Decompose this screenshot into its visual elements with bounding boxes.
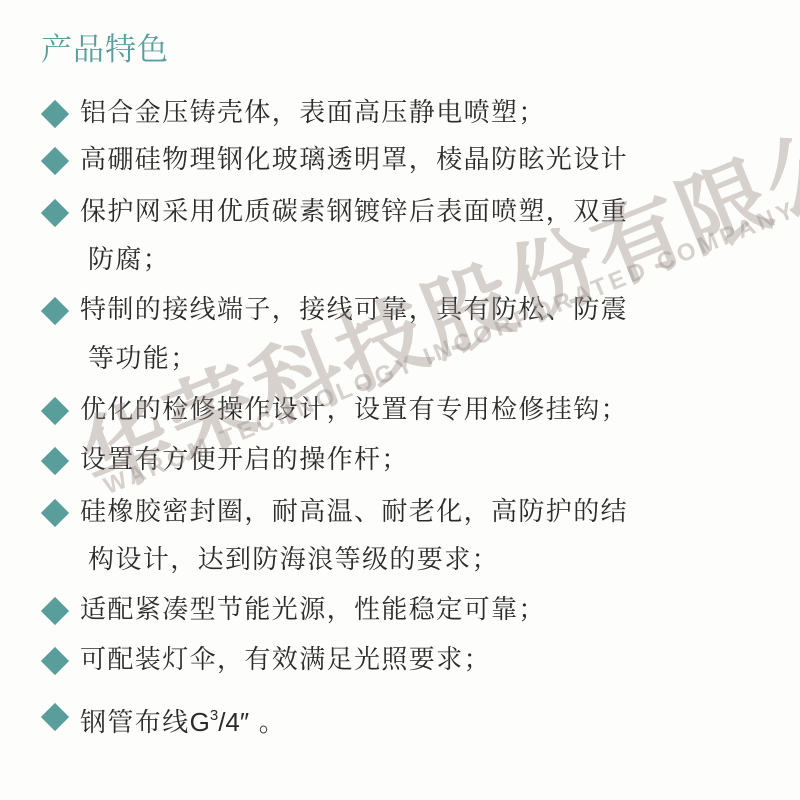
feature-text: 高硼硅物理钢化玻璃透明罩，棱晶防眩光设计 [80, 143, 628, 177]
diamond-bullet-icon [41, 199, 69, 227]
feature-text: 硅橡胶密封圈，耐高温、耐老化，高防护的结 [80, 495, 628, 529]
feature-text-main: 钢管布线 [80, 708, 190, 738]
feature-item: 可配装灯伞，有效满足光照要求； [0, 643, 800, 687]
feature-item: 钢管布线G3/4″ 。 [0, 699, 800, 743]
diamond-bullet-icon [41, 499, 69, 527]
pipe-thread-numerator: 3 [210, 707, 218, 724]
diamond-bullet-icon [41, 597, 69, 625]
feature-text: 设置有方便开启的操作杆； [80, 443, 409, 477]
pipe-thread-letter: G [190, 707, 210, 737]
product-features-page: 产品特色 铝合金压铸壳体，表面高压静电喷塑； 高硼硅物理钢化玻璃透明罩，棱晶防眩… [0, 0, 800, 800]
feature-text: 保护网采用优质碳素钢镀锌后表面喷塑，双重 [80, 195, 628, 229]
diamond-bullet-icon [41, 703, 69, 731]
diamond-bullet-icon [41, 147, 69, 175]
diamond-bullet-icon [41, 297, 69, 325]
feature-item: 铝合金压铸壳体，表面高压静电喷塑； [0, 96, 800, 140]
diamond-bullet-icon [41, 447, 69, 475]
feature-item: 适配紧凑型节能光源，性能稳定可靠； [0, 593, 800, 637]
feature-text-end: 。 [249, 708, 286, 738]
feature-text-continued: 构设计，达到防海浪等级的要求； [88, 543, 499, 577]
feature-text: 铝合金压铸壳体，表面高压静电喷塑； [80, 96, 546, 130]
feature-item: 优化的检修操作设计，设置有专用检修挂钩； [0, 393, 800, 437]
feature-item: 特制的接线端子，接线可靠，具有防松、防震 等功能； [0, 293, 800, 389]
diamond-bullet-icon [41, 397, 69, 425]
feature-text: 适配紧凑型节能光源，性能稳定可靠； [80, 593, 546, 627]
diamond-bullet-icon [41, 100, 69, 128]
feature-text-continued: 防腐； [88, 243, 170, 277]
feature-item: 硅橡胶密封圈，耐高温、耐老化，高防护的结 构设计，达到防海浪等级的要求； [0, 495, 800, 591]
feature-item: 高硼硅物理钢化玻璃透明罩，棱晶防眩光设计 [0, 143, 800, 187]
feature-text: 可配装灯伞，有效满足光照要求； [80, 643, 491, 677]
feature-list: 铝合金压铸壳体，表面高压静电喷塑； 高硼硅物理钢化玻璃透明罩，棱晶防眩光设计 保… [0, 0, 800, 800]
diamond-bullet-icon [41, 647, 69, 675]
feature-text: 优化的检修操作设计，设置有专用检修挂钩； [80, 393, 628, 427]
pipe-thread-denominator: /4″ [218, 707, 249, 737]
feature-text: 特制的接线端子，接线可靠，具有防松、防震 [80, 293, 628, 327]
feature-item: 设置有方便开启的操作杆； [0, 443, 800, 487]
feature-text: 钢管布线G3/4″ 。 [80, 699, 286, 740]
feature-text-continued: 等功能； [88, 342, 198, 376]
feature-item: 保护网采用优质碳素钢镀锌后表面喷塑，双重 防腐； [0, 195, 800, 291]
